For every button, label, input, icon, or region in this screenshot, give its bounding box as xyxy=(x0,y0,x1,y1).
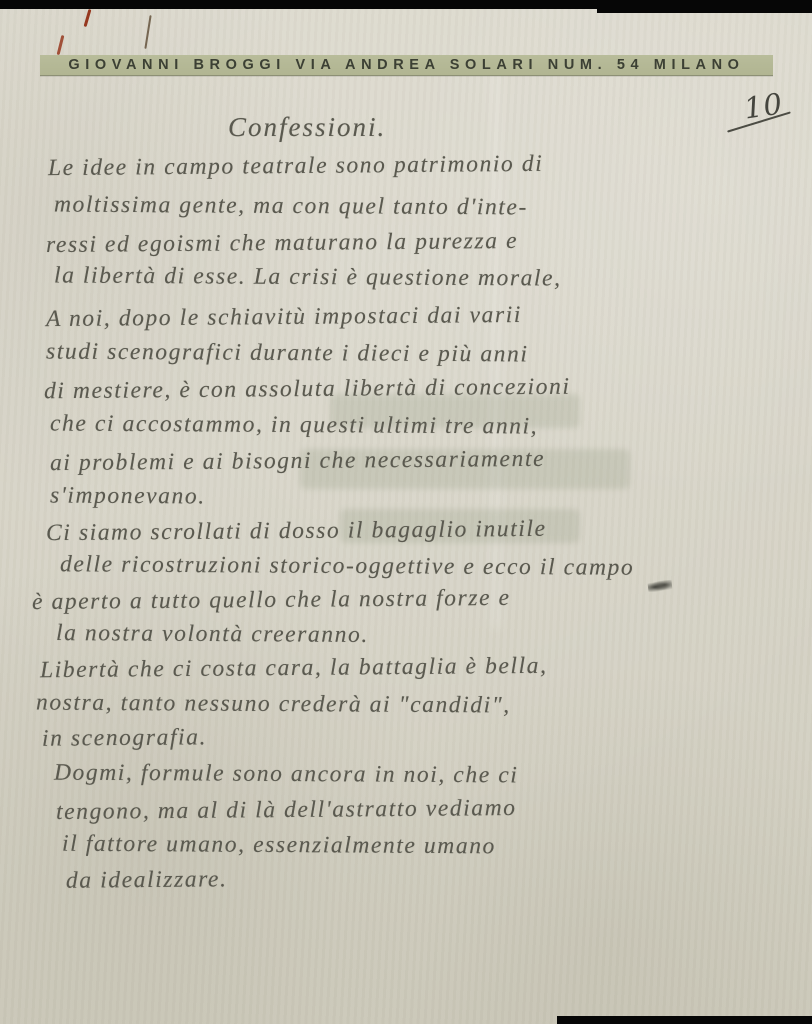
red-pencil-mark xyxy=(57,35,64,55)
crease-line xyxy=(144,15,151,49)
handwritten-line: A noi, dopo le schiavitù impostaci dai v… xyxy=(46,302,522,333)
handwritten-line: s'imponevano. xyxy=(50,483,206,511)
handwritten-line: la libertà di esse. La crisi è questione… xyxy=(54,262,562,292)
handwritten-line: che ci accostammo, in questi ultimi tre … xyxy=(50,411,538,441)
letterhead-text: GIOVANNI BROGGI VIA ANDREA SOLARI NUM. 5… xyxy=(68,57,744,73)
handwritten-line: delle ricostruzioni storico-oggettive e … xyxy=(60,551,634,582)
manuscript-page: GIOVANNI BROGGI VIA ANDREA SOLARI NUM. 5… xyxy=(0,9,812,1024)
photo-edge-top-right xyxy=(597,0,812,13)
handwritten-line: Ci siamo scrollati di dosso il bagaglio … xyxy=(46,516,547,547)
handwritten-line: di mestiere, è con assoluta libertà di c… xyxy=(44,374,571,406)
correction-scribble xyxy=(647,580,672,593)
manuscript-title: Confessioni. xyxy=(228,112,386,143)
handwritten-line: Libertà che ci costa cara, la battaglia … xyxy=(40,653,548,684)
red-pencil-mark xyxy=(84,9,92,27)
handwritten-line: da idealizzare. xyxy=(66,866,228,894)
handwritten-line: tengono, ma al di là dell'astratto vedia… xyxy=(56,795,517,826)
letterhead-band: GIOVANNI BROGGI VIA ANDREA SOLARI NUM. 5… xyxy=(40,55,773,76)
handwritten-line: in scenografia. xyxy=(42,724,207,752)
handwritten-line: nostra, tanto nessuno crederà ai "candid… xyxy=(36,690,511,720)
handwritten-line: Le idee in campo teatrale sono patrimoni… xyxy=(48,151,544,182)
handwritten-line: studi scenografici durante i dieci e più… xyxy=(46,339,529,369)
photo-edge-bottom-right xyxy=(557,1016,812,1024)
handwritten-line: moltissima gente, ma con quel tanto d'in… xyxy=(54,192,528,222)
handwritten-line: è aperto a tutto quello che la nostra fo… xyxy=(32,585,511,616)
handwritten-line: ai problemi e ai bisogni che necessariam… xyxy=(50,446,545,477)
handwritten-line: Dogmi, formule sono ancora in noi, che c… xyxy=(54,760,519,790)
handwritten-line: la nostra volontà creeranno. xyxy=(56,620,369,649)
handwritten-line: ressi ed egoismi che maturano la purezza… xyxy=(46,228,518,259)
handwritten-line: il fattore umano, essenzialmente umano xyxy=(62,831,496,861)
